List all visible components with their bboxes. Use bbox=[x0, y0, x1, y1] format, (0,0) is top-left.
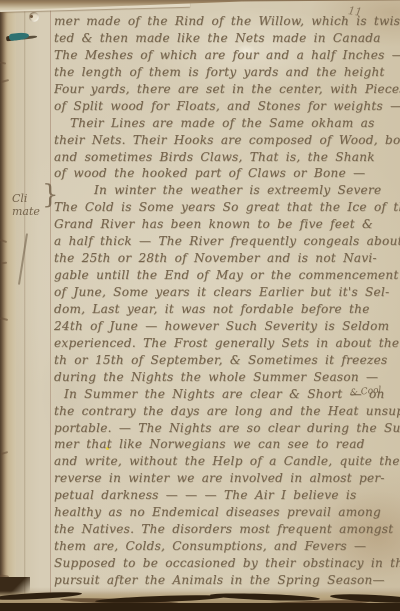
handwriting-line: petual darkness — — — The Air I believe … bbox=[54, 487, 400, 504]
handwriting-line: the contrary the days are long and the H… bbox=[54, 403, 400, 420]
handwriting-line: gable untill the End of May or the comme… bbox=[54, 267, 400, 284]
bleed-through-mark bbox=[1, 79, 9, 83]
punch-hole bbox=[29, 12, 39, 22]
handwriting-line: portable. — The Nights are so clear duri… bbox=[54, 420, 400, 437]
margin-note-line2: mate bbox=[12, 205, 40, 218]
handwriting-line: mer that like Norwegians we can see to r… bbox=[54, 436, 400, 453]
handwriting-line: of June, Some years it clears Earlier bu… bbox=[54, 284, 400, 301]
handwriting-line: th or 15th of September, & Sometimes it … bbox=[54, 352, 400, 369]
bleed-through-mark bbox=[1, 451, 8, 455]
handwriting-line: healthy as no Endemical diseases prevail… bbox=[54, 504, 400, 521]
handwriting-line: and write, without the Help of a Candle,… bbox=[54, 453, 400, 470]
handwriting-lines: mer made of the Rind of the Willow, whic… bbox=[54, 13, 400, 593]
bleed-through-mark bbox=[1, 262, 7, 265]
handwriting-line: them are, Colds, Consumptions, and Fever… bbox=[54, 538, 400, 555]
handwriting-line: Their Lines are made of the Same okham a… bbox=[54, 115, 400, 132]
bleed-through-mark bbox=[0, 317, 8, 321]
bottom-page-edges bbox=[0, 591, 400, 611]
handwriting-line: dom, Last year, it was not fordable befo… bbox=[54, 301, 400, 318]
handwriting-line: The Meshes of which are four and a half … bbox=[54, 47, 400, 64]
handwriting-line: of Split wood for Floats, and Stones for… bbox=[54, 98, 400, 115]
handwriting-line: and sometimes Birds Claws, That is, the … bbox=[54, 149, 400, 166]
handwriting-line: a half thick — The River frequently cong… bbox=[54, 233, 400, 250]
handwriting-line: Supposed to be occasioned by their obsti… bbox=[54, 555, 400, 572]
gutter-crease bbox=[24, 0, 26, 597]
handwriting-line: mer made of the Rind of the Willow, whic… bbox=[54, 13, 400, 30]
handwriting-line: 24th of June — however Such Severity is … bbox=[54, 318, 400, 335]
handwriting-line: the Natives. The disorders most frequent… bbox=[54, 521, 400, 538]
margin-note-climate: Cli mate } bbox=[12, 192, 40, 218]
handwriting-line: reverse in winter we are involved in alm… bbox=[54, 470, 400, 487]
bleed-through-mark bbox=[0, 61, 6, 64]
handwriting-line: the length of them is forty yards and th… bbox=[54, 64, 400, 81]
handwriting-line: Four yards, there are set in the center,… bbox=[54, 81, 400, 98]
binding-strip bbox=[0, 0, 16, 611]
margin-note-line1: Cli bbox=[12, 192, 40, 205]
handwriting-line: Grand River has been known to be five fe… bbox=[54, 216, 400, 233]
margin-rule-line bbox=[50, 2, 51, 595]
handwriting-line: In Summer the Nights are clear & Short —… bbox=[54, 386, 400, 403]
bleed-through-mark bbox=[0, 239, 7, 243]
handwriting-line: The Cold is Some years So great that the… bbox=[54, 199, 400, 216]
handwriting-line: during the Nights the whole Summer Seaso… bbox=[54, 369, 400, 386]
page-edge-streak bbox=[0, 603, 400, 611]
handwriting-line: experienced. The Frost generally Sets in… bbox=[54, 335, 400, 352]
handwriting-line: ted & then made like the Nets made in Ca… bbox=[54, 30, 400, 47]
handwriting-line: their Nets. Their Hooks are composed of … bbox=[54, 132, 400, 149]
manuscript-scan: 11 Cli mate } mer made of the Rind of th… bbox=[0, 0, 400, 611]
handwriting-line: In winter the weather is extreemly Sever… bbox=[54, 182, 400, 199]
handwriting-line: of wood the hooked part of Claws or Bone… bbox=[54, 165, 400, 182]
handwriting-line: the 25th or 28th of November and is not … bbox=[54, 250, 400, 267]
